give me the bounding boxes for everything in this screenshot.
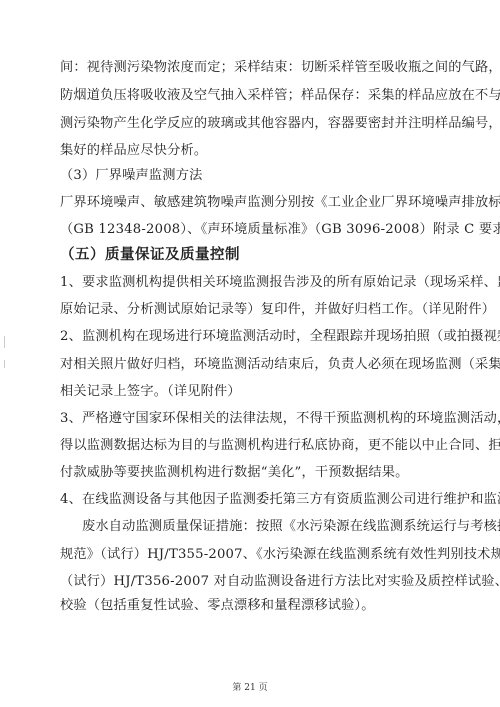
paragraph-line: 间：视待测污染物浓度而定；采样结束：切断采样管至吸收瓶之间的气路，以 [60, 60, 460, 76]
scan-mark [4, 336, 5, 348]
scan-mark [4, 360, 5, 368]
paragraph-line: 付款威胁等要挟监测机构进行数据“美化”，干预数据结果。 [60, 465, 460, 481]
paragraph-line: 相关记录上签字。（详见附件） [60, 384, 460, 400]
paragraph-line: 3、严格遵守国家环保相关的法律法规，不得干预监测机构的环境监测活动，不 [60, 411, 460, 427]
paragraph-line: 1、要求监测机构提供相关环境监测报告涉及的所有原始记录（现场采样、监测 [60, 275, 460, 291]
paragraph-line: 4、在线监测设备与其他因子监测委托第三方有资质监测公司进行维护和监测。 [60, 492, 460, 508]
paragraph-line: 废水自动监测质量保证措施：按照《水污染源在线监测系统运行与考核技术 [82, 519, 482, 535]
section-heading: （五）质量保证及质量控制 [60, 247, 460, 263]
paragraph-line: 集好的样品应尽快分析。 [60, 143, 460, 159]
paragraph-line: 校验（包括重复性试验、零点漂移和量程漂移试验）。 [60, 598, 460, 614]
paragraph-line: （GB 12348-2008）、《声环境质量标准》（GB 3096-2008）附… [60, 222, 460, 238]
paragraph-line: 测污染物产生化学反应的玻璃或其他容器内，容器要密封并注明样品编号，采 [60, 116, 460, 132]
paragraph-line: 防烟道负压将吸收液及空气抽入采样管；样品保存：采集的样品应放在不与被 [60, 88, 460, 104]
page-number: 第 21 页 [0, 680, 500, 693]
paragraph-line: （试行）HJ/T356-2007 对自动监测设备进行方法比对实验及质控样试验、现… [60, 574, 460, 590]
document-page: 间：视待测污染物浓度而定；采样结束：切断采样管至吸收瓶之间的气路，以 防烟道负压… [0, 0, 500, 707]
paragraph-line: 得以监测数据达标为目的与监测机构进行私底协商，更不能以中止合同、拒绝 [60, 438, 460, 454]
paragraph-line: 原始记录、分析测试原始记录等）复印件，并做好归档工作。（详见附件） [60, 302, 460, 318]
paragraph-line: 2、监测机构在现场进行环境监测活动时，全程跟踪并现场拍照（或拍摄视频）， [60, 329, 460, 345]
subsection-title: （3）厂界噪声监测方法 [60, 168, 460, 184]
paragraph-line: 规范》（试行）HJ/T355-2007、《水污染源在线监测系统有效性判别技术规范… [60, 547, 460, 563]
paragraph-line: 对相关照片做好归档，环境监测活动结束后，负责人必须在现场监测（采集） [60, 357, 460, 373]
paragraph-line: 厂界环境噪声、敏感建筑物噪声监测分别按《工业企业厂界环境噪声排放标准》 [60, 195, 460, 211]
